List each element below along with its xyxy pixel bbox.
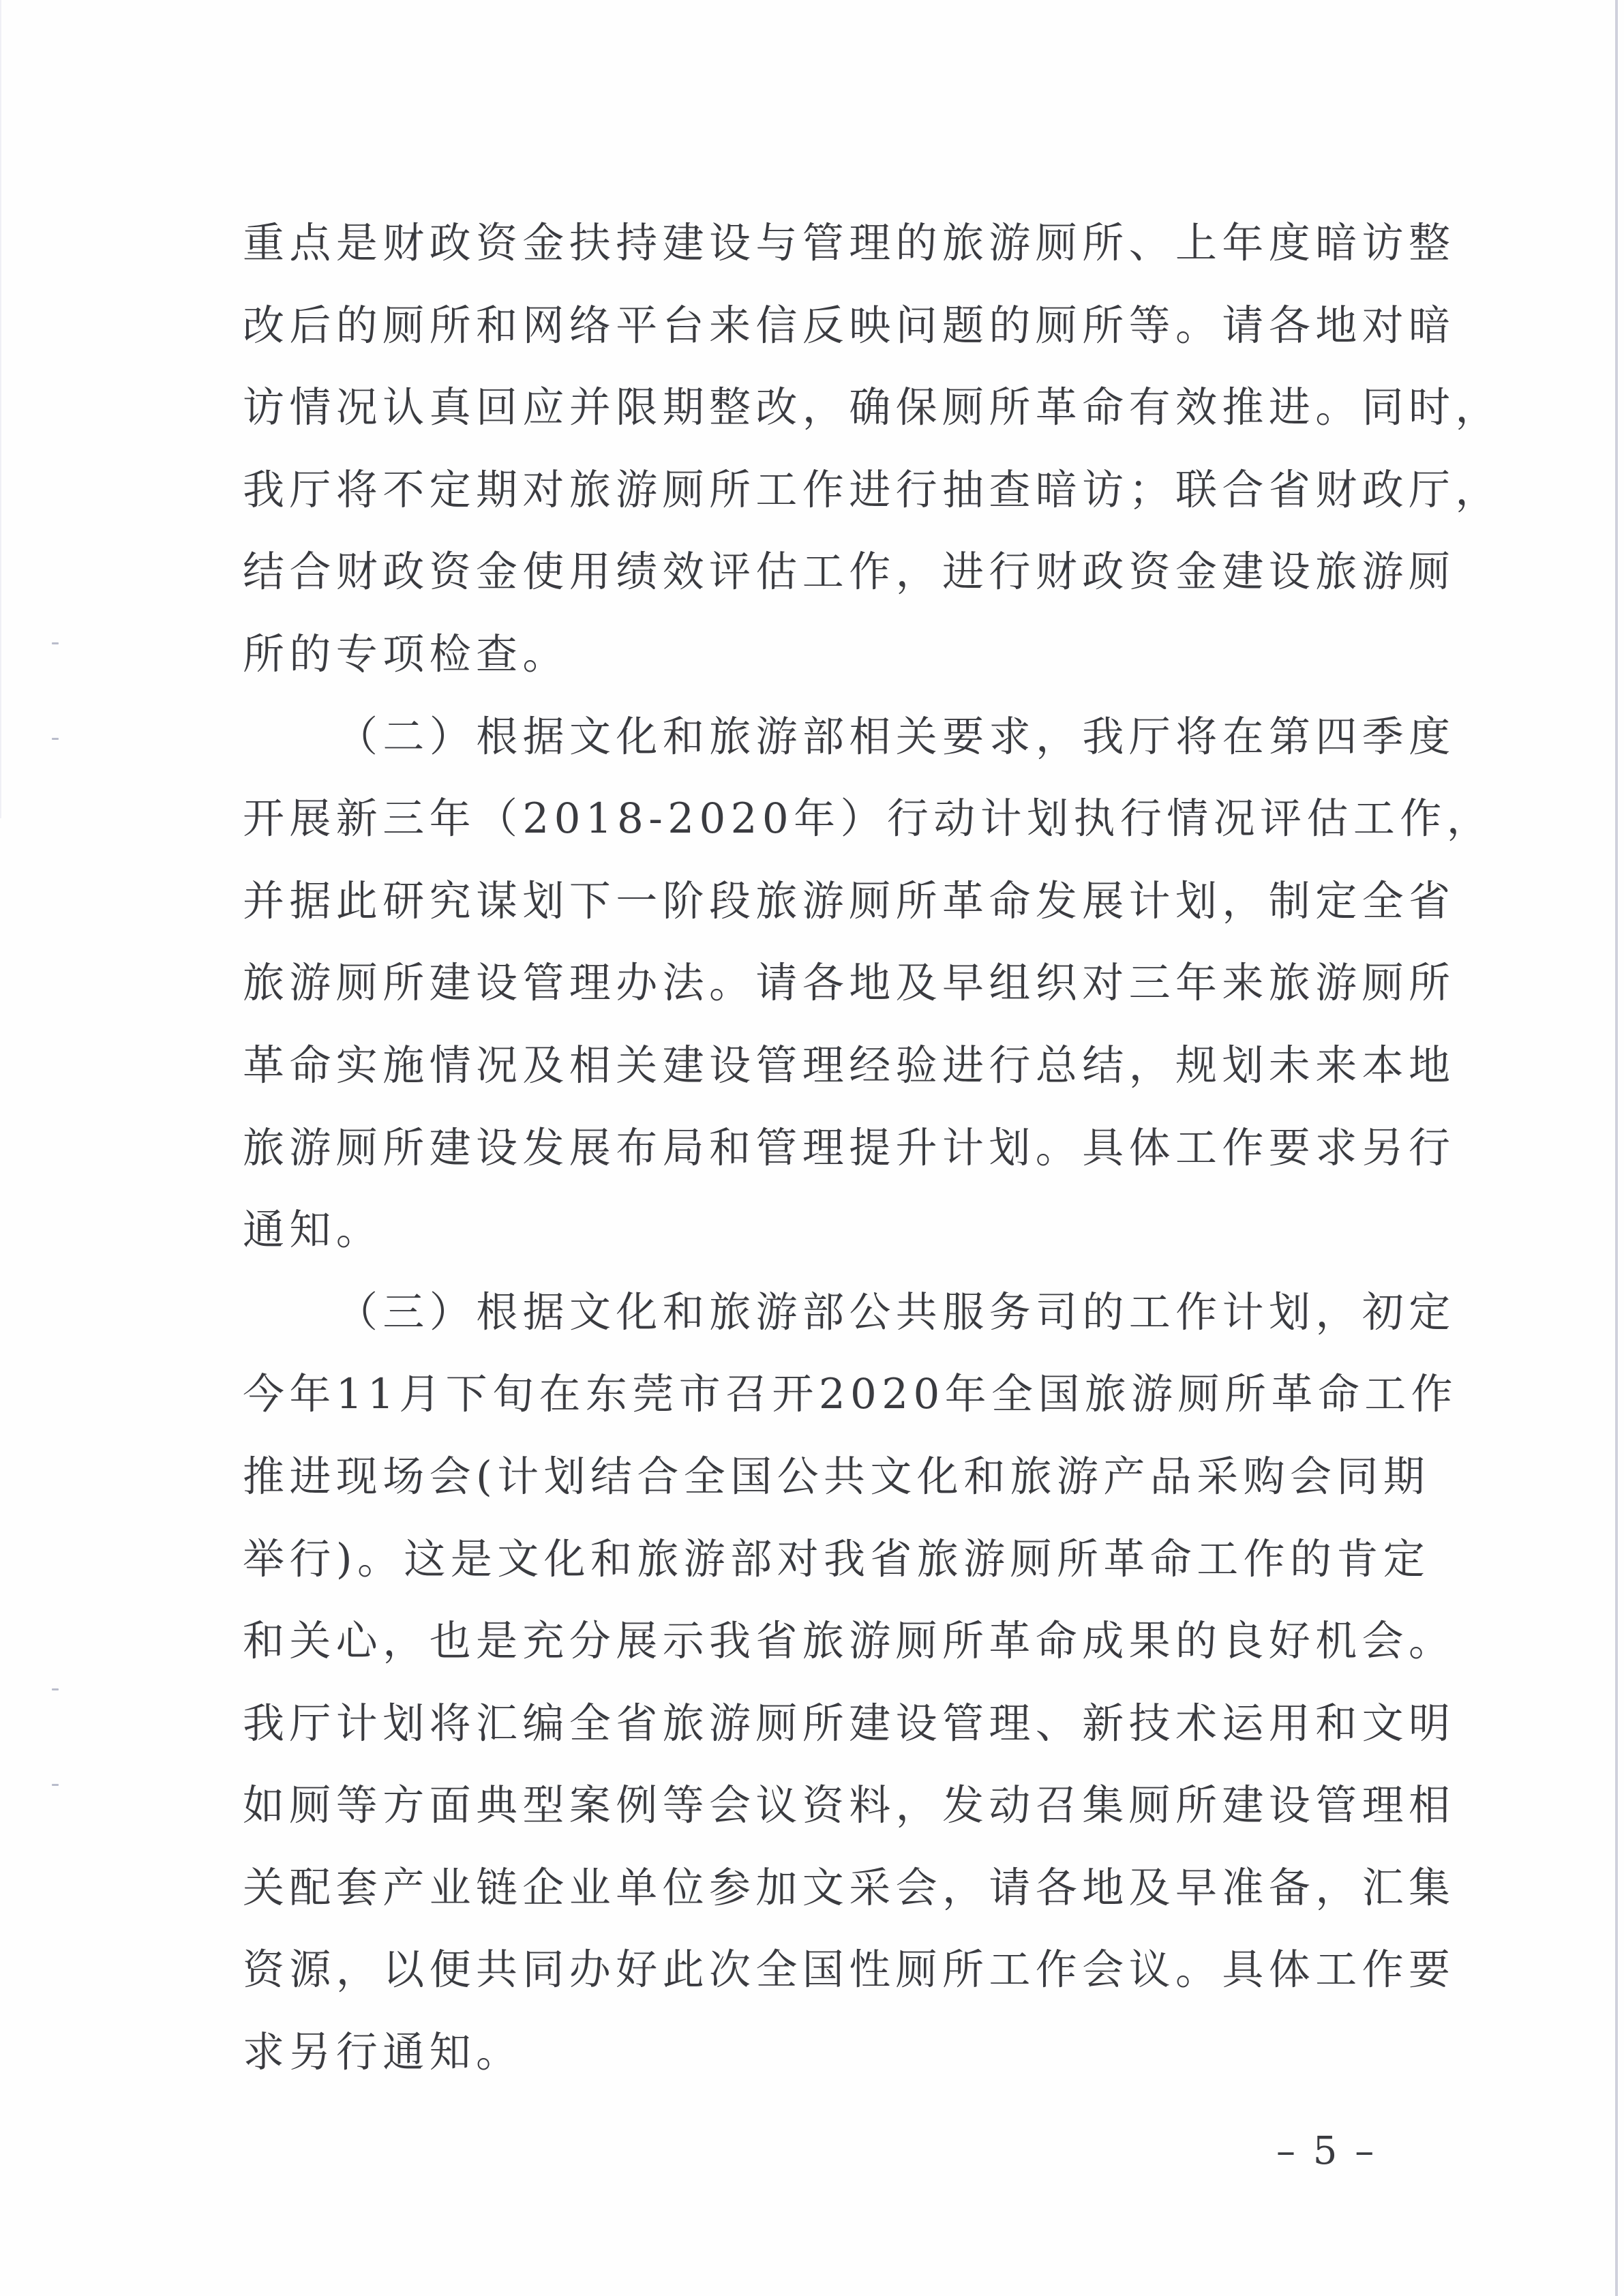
text-line: 革命实施情况及相关建设管理经验进行总结，规划未来本地 xyxy=(243,1025,1374,1107)
section-heading-line: （三）根据文化和旅游部公共服务司的工作计划，初定 xyxy=(243,1272,1374,1354)
text-line: 求另行通知。 xyxy=(243,2012,1374,2094)
text-line: 旅游厕所建设管理办法。请各地及早组织对三年来旅游厕所 xyxy=(243,942,1374,1025)
text-line: 所的专项检查。 xyxy=(243,614,1374,696)
scan-mark xyxy=(52,1688,59,1690)
text-line: 关配套产业链企业单位参加文采会，请各地及早准备，汇集 xyxy=(243,1847,1374,1930)
text-line: 推进现场会(计划结合全国公共文化和旅游产品采购会同期 xyxy=(243,1436,1374,1519)
text-line: 开展新三年（2018-2020年）行动计划执行情况评估工作， xyxy=(243,778,1374,861)
scan-mark xyxy=(52,1784,59,1786)
scan-edge-left xyxy=(0,0,1,818)
page-number: – 5 – xyxy=(1276,2128,1377,2175)
document-page: 重点是财政资金扶持建设与管理的旅游厕所、上年度暗访整 改后的厕所和网络平台来信反… xyxy=(0,0,1624,2296)
text-line: 我厅将不定期对旅游厕所工作进行抽查暗访；联合省财政厅， xyxy=(243,449,1374,532)
text-line: 资源，以便共同办好此次全国性厕所工作会议。具体工作要 xyxy=(243,1929,1374,2012)
section-heading-line: （二）根据文化和旅游部相关要求，我厅将在第四季度 xyxy=(243,696,1374,779)
scan-mark xyxy=(52,738,59,740)
text-line: 改后的厕所和网络平台来信反映问题的厕所等。请各地对暗 xyxy=(243,285,1374,368)
text-line: 结合财政资金使用绩效评估工作，进行财政资金建设旅游厕 xyxy=(243,531,1374,614)
text-line: 如厕等方面典型案例等会议资料，发动召集厕所建设管理相 xyxy=(243,1765,1374,1847)
scan-mark xyxy=(52,642,59,644)
text-line: 和关心，也是充分展示我省旅游厕所革命成果的良好机会。 xyxy=(243,1600,1374,1683)
text-line: 今年11月下旬在东莞市召开2020年全国旅游厕所革命工作 xyxy=(243,1354,1374,1436)
text-line: 举行)。这是文化和旅游部对我省旅游厕所革命工作的肯定 xyxy=(243,1519,1374,1601)
text-line: 重点是财政资金扶持建设与管理的旅游厕所、上年度暗访整 xyxy=(243,203,1374,285)
text-line: 通知。 xyxy=(243,1189,1374,1272)
text-line: 我厅计划将汇编全省旅游厕所建设管理、新技术运用和文明 xyxy=(243,1683,1374,1765)
text-line: 旅游厕所建设发展布局和管理提升计划。具体工作要求另行 xyxy=(243,1107,1374,1190)
scan-edge-right xyxy=(1615,0,1618,2296)
text-line: 并据此研究谋划下一阶段旅游厕所革命发展计划，制定全省 xyxy=(243,861,1374,943)
body-text: 重点是财政资金扶持建设与管理的旅游厕所、上年度暗访整 改后的厕所和网络平台来信反… xyxy=(243,203,1374,2094)
text-line: 访情况认真回应并限期整改，确保厕所革命有效推进。同时， xyxy=(243,367,1374,449)
